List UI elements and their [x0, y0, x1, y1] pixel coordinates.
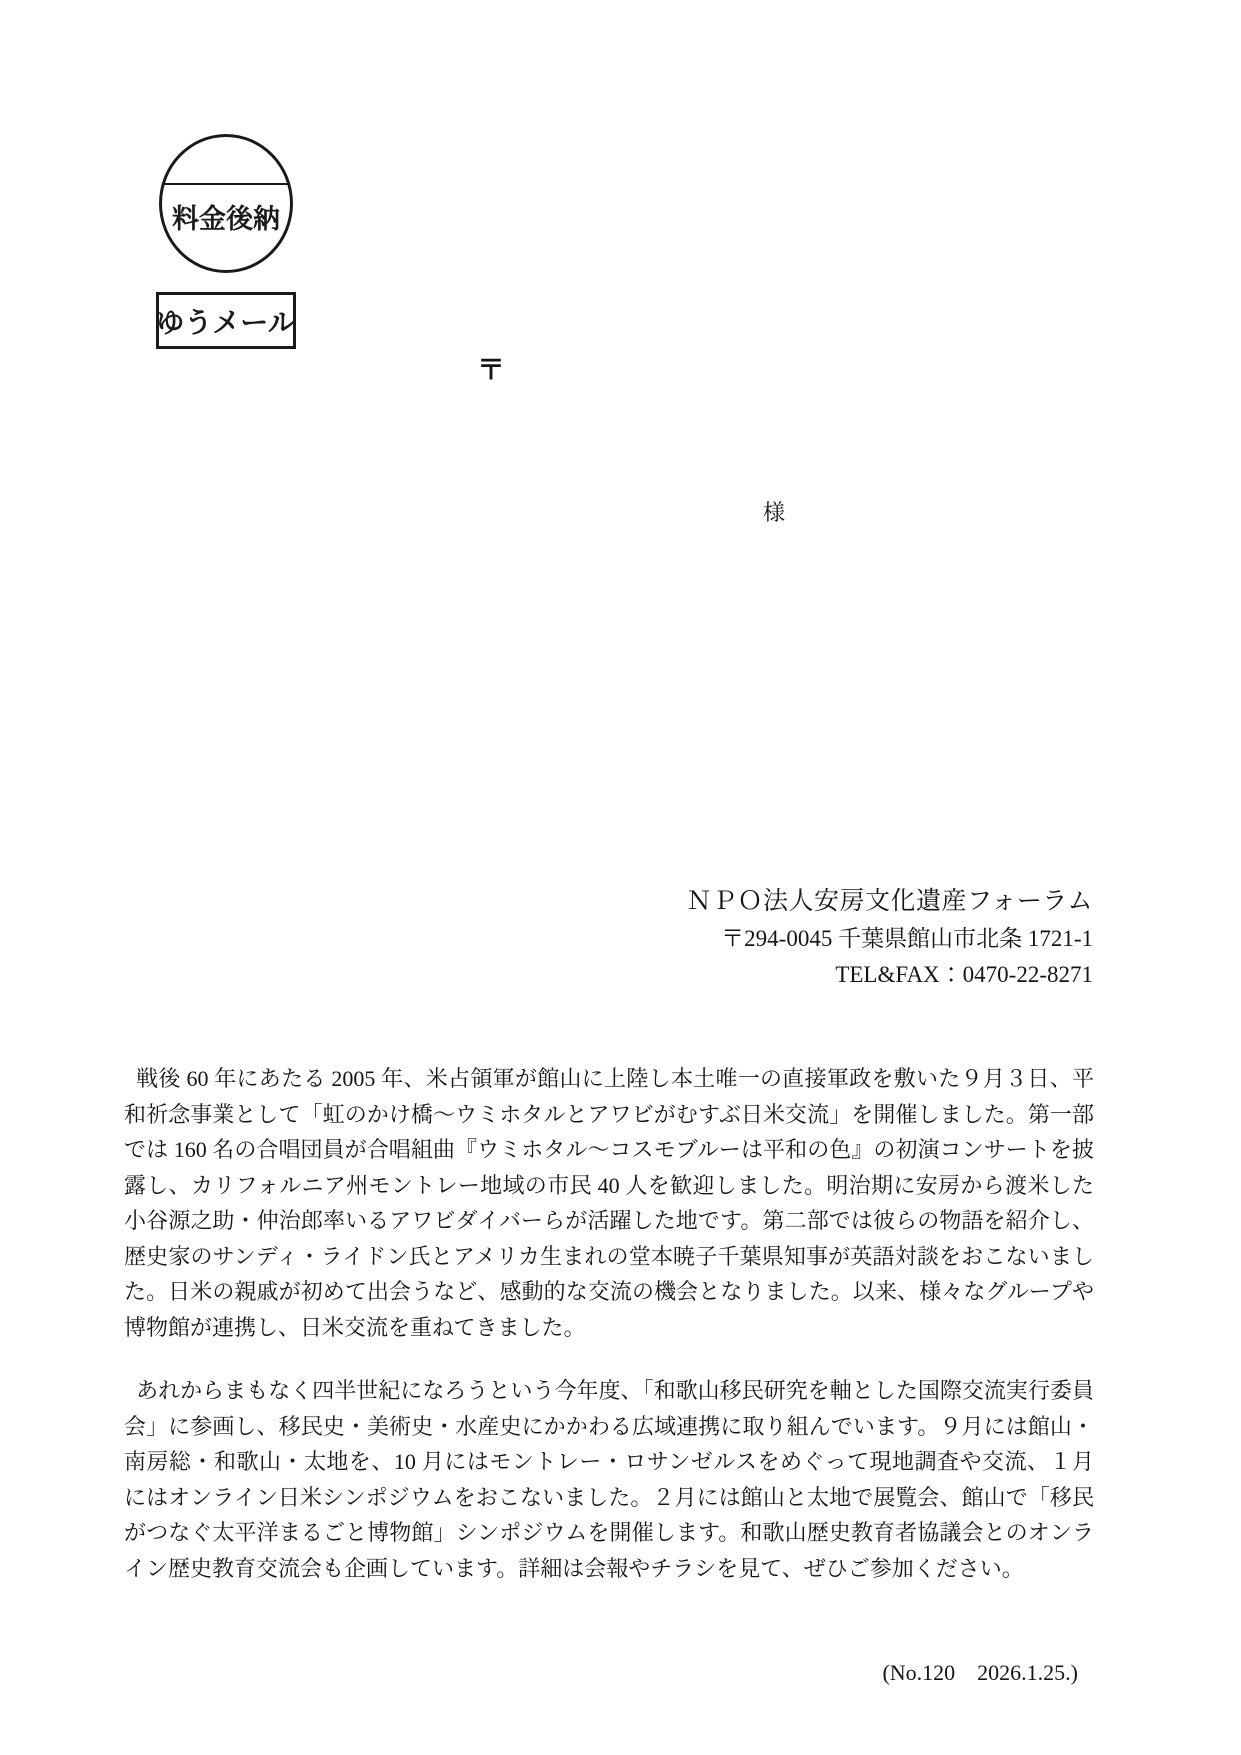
stamp-divider-line	[163, 183, 289, 185]
body-paragraph-2: あれからまもなく四半世紀になろうという今年度、「和歌山移民研究を軸とした国際交流…	[124, 1373, 1094, 1586]
sender-address: 〒294-0045 千葉県館山市北条 1721-1	[686, 921, 1093, 957]
mailing-cover-page: 料金後納 ゆうメール 〒 様 ＮＰＯ法人安房文化遺産フォーラム 〒294-004…	[0, 0, 1241, 1755]
mail-type-box: ゆうメール	[156, 292, 296, 349]
body-paragraph-1: 戦後 60 年にあたる 2005 年、米占領軍が館山に上陸し本土唯一の直接軍政を…	[124, 1061, 1094, 1345]
issue-number-and-date: (No.120 2026.1.25.)	[882, 1656, 1078, 1687]
mail-type-label: ゆうメール	[156, 301, 295, 341]
addressee-honorific: 様	[763, 496, 785, 527]
postal-code-symbol: 〒	[477, 348, 505, 388]
postage-paid-stamp-icon: 料金後納	[159, 134, 293, 273]
body-text: 戦後 60 年にあたる 2005 年、米占領軍が館山に上陸し本土唯一の直接軍政を…	[124, 1061, 1094, 1586]
sender-block: ＮＰＯ法人安房文化遺産フォーラム 〒294-0045 千葉県館山市北条 1721…	[686, 883, 1093, 993]
postage-paid-stamp-label: 料金後納	[162, 197, 290, 236]
sender-organization: ＮＰＯ法人安房文化遺産フォーラム	[686, 883, 1093, 921]
sender-tel-fax: TEL&FAX：0470-22-8271	[686, 957, 1093, 993]
